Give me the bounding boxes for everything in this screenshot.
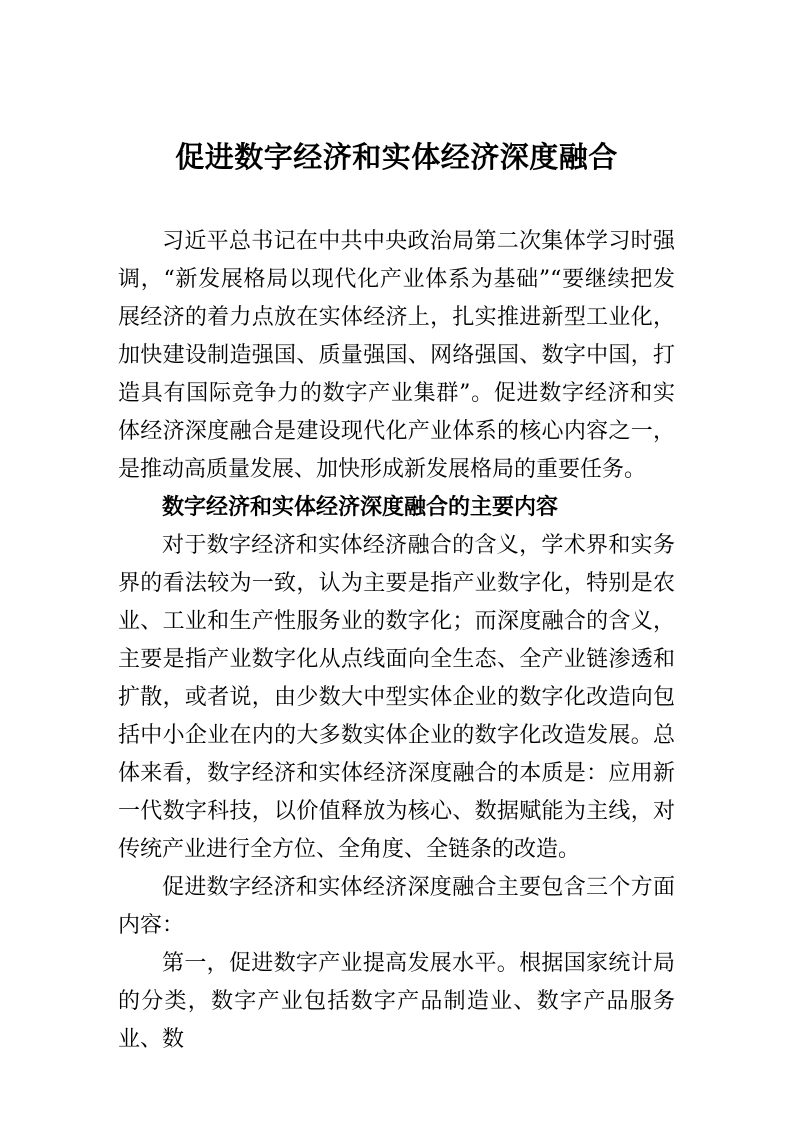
document-page: 促进数字经济和实体经济深度融合 习近平总书记在中共中央政治局第二次集体学习时强调…: [0, 0, 793, 1122]
document-title: 促进数字经济和实体经济深度融合: [118, 137, 675, 177]
paragraph-intro: 习近平总书记在中共中央政治局第二次集体学习时强调，“新发展格局以现代化产业体系为…: [118, 223, 675, 489]
section-heading: 数字经济和实体经济深度融合的主要内容: [118, 489, 675, 527]
paragraph-definition: 对于数字经济和实体经济融合的含义，学术界和实务界的看法较为一致，认为主要是指产业…: [118, 527, 675, 869]
paragraph-first-aspect: 第一，促进数字产业提高发展水平。根据国家统计局的分类，数字产业包括数字产品制造业…: [118, 945, 675, 1059]
paragraph-three-aspects-lead: 促进数字经济和实体经济深度融合主要包含三个方面内容：: [118, 869, 675, 945]
